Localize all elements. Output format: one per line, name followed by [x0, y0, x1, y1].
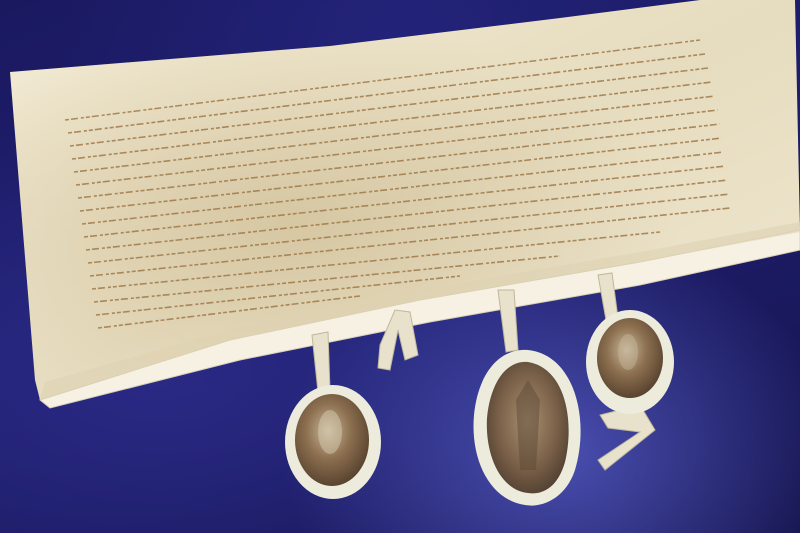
seal-center	[473, 350, 580, 506]
seal-right	[586, 310, 674, 414]
seal-left	[285, 385, 381, 499]
photo-scene: Medieval parchment charter with three ha…	[0, 0, 800, 533]
charter-illustration	[0, 0, 800, 533]
